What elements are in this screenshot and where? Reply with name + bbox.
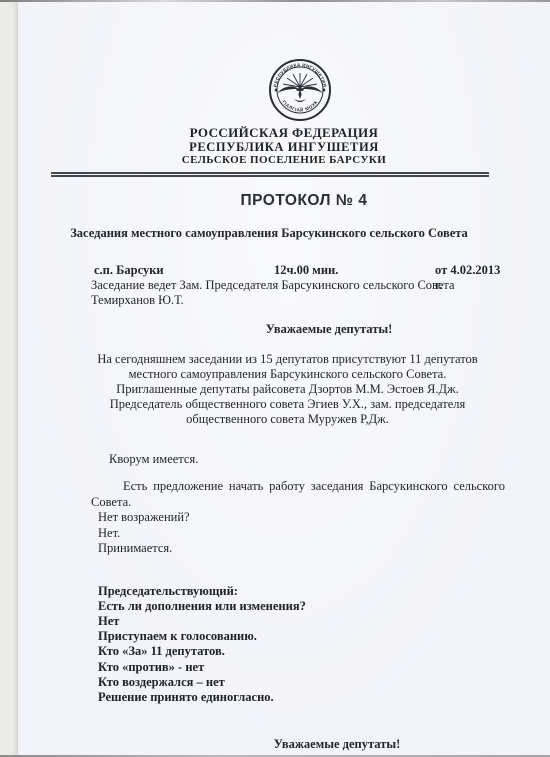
scan-frame: РЕСПУБЛИКА ИНГУШЕТИЯ ГIАЛГIАЙ МОХК (0, 0, 550, 757)
document-subtitle: Заседания местного самоуправления Барсук… (18, 226, 550, 241)
chair-line: Есть ли дополнения или изменения? (98, 599, 505, 614)
document-page: РЕСПУБЛИКА ИНГУШЕТИЯ ГIАЛГIАЙ МОХК (17, 2, 550, 755)
letterhead-republic: РЕСПУБЛИКА ИНГУШЕТИЯ (18, 140, 550, 154)
chair-line: Кто «За» 11 депутатов. (98, 644, 505, 659)
meta-time: 12ч.00 мин. (274, 263, 338, 278)
meta-place: с.п. Барсуки (94, 263, 164, 278)
letterhead-country: РОССИЙСКАЯ ФЕДЕРАЦИЯ (18, 126, 550, 140)
dialog-line: Принимается. (91, 541, 505, 557)
document-body: с.п. Барсуки 12ч.00 мин. от 4.02.2013 г.… (91, 263, 505, 752)
chair-line: Нет (98, 614, 505, 629)
chair-line: Кто «против» - нет (98, 660, 505, 675)
quorum-line: Кворум имеется. (91, 452, 505, 467)
dialog-line: Нет. (91, 526, 505, 542)
letterhead-settlement: СЕЛЬСКОЕ ПОСЕЛЕНИЕ БАРСУКИ (18, 154, 550, 167)
scan-top-edge (0, 0, 550, 2)
intro-line-2: Темирханов Ю.Т. (91, 293, 505, 308)
coat-of-arms-icon: РЕСПУБЛИКА ИНГУШЕТИЯ ГIАЛГIАЙ МОХК (268, 58, 332, 122)
dialog-line: Нет возражений? (91, 510, 505, 526)
letterhead-divider (51, 172, 489, 177)
meta-row: с.п. Барсуки 12ч.00 мин. от 4.02.2013 г. (91, 263, 505, 278)
chair-heading: Председательствующий: (98, 584, 505, 599)
document-title: ПРОТОКОЛ № 4 (18, 192, 550, 210)
chair-statement-block: Председательствующий: Есть ли дополнения… (91, 584, 505, 706)
attendance-paragraph: На сегодняшнем заседании из 15 депутатов… (73, 352, 482, 427)
chair-line: Приступаем к голосованию. (98, 629, 505, 644)
chair-line: Кто воздержался – нет (98, 675, 505, 690)
salutation-second: Уважаемые депутаты! (91, 737, 505, 752)
meta-date: от 4.02.2013 г. (435, 263, 505, 293)
salutation-first: Уважаемые депутаты! (91, 322, 505, 337)
chair-line: Решение принято единогласно. (98, 690, 505, 705)
proposal-paragraph: Есть предложение начать работу заседания… (91, 479, 505, 510)
